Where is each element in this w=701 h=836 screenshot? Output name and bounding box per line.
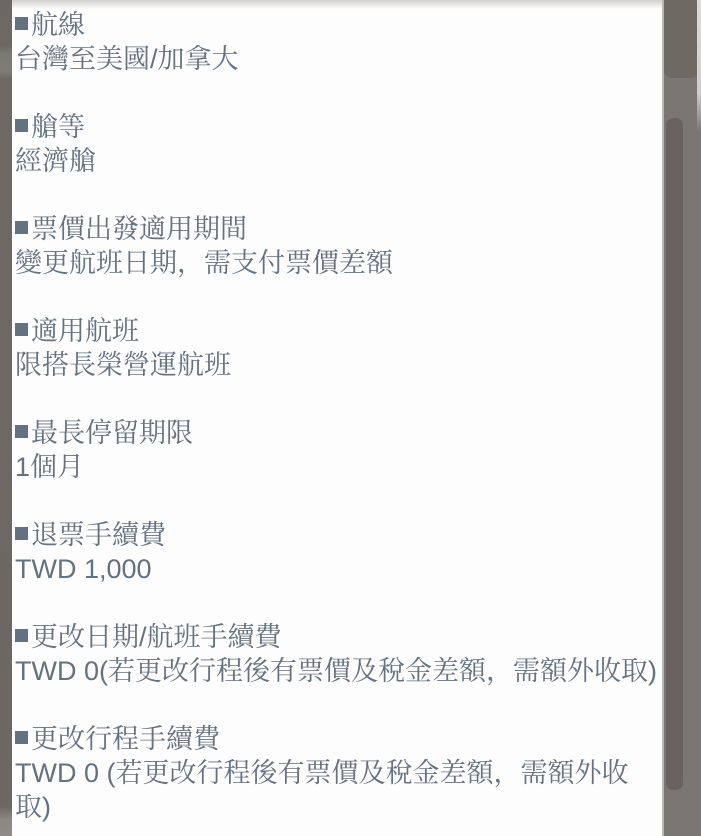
dimmed-background-block-inner [666, 118, 683, 790]
fare-rule-value: 1個月 [15, 450, 662, 484]
fare-rule-heading: 更改日期/航班手續費 [15, 620, 662, 654]
fare-rule-value: 經濟艙 [15, 144, 662, 178]
square-bullet-icon [15, 221, 28, 234]
fare-rule-label: 更改日期/航班手續費 [31, 622, 282, 652]
dimmed-background-scroll-edge [697, 0, 701, 132]
fare-rule-label: 航線 [31, 10, 85, 40]
fare-rule-heading: 更改行程手續費 [15, 722, 662, 756]
fare-rule-heading: 票價出發適用期間 [15, 212, 662, 246]
square-bullet-icon [15, 323, 28, 336]
fare-rule-label: 適用航班 [31, 316, 139, 346]
fare-rule-heading: 航線 [15, 8, 662, 42]
fare-rule-value: 變更航班日期，需支付票價差額 [15, 246, 662, 280]
dimmed-background-left [0, 0, 12, 836]
dimmed-background-block-top [664, 0, 699, 78]
fare-rule-heading: 艙等 [15, 110, 662, 144]
fare-rule-heading: 退票手續費 [15, 518, 662, 552]
fare-rule-value: 限搭長榮營運航班 [15, 348, 662, 382]
fare-rule-section-refund-fee: 退票手續費 TWD 1,000 [15, 518, 662, 586]
fare-rule-label: 最長停留期限 [31, 418, 193, 448]
fare-rule-label: 艙等 [31, 112, 85, 142]
square-bullet-icon [15, 731, 28, 744]
fare-rules-content: 航線 台灣至美國/加拿大 艙等 經濟艙 票價出發適用期間 變更航班日期，需支付票… [12, 0, 662, 836]
fare-rule-section-applicable-flights: 適用航班 限搭長榮營運航班 [15, 314, 662, 382]
fare-rule-section-max-stay: 最長停留期限 1個月 [15, 416, 662, 484]
square-bullet-icon [15, 425, 28, 438]
square-bullet-icon [15, 119, 28, 132]
fare-rule-heading: 最長停留期限 [15, 416, 662, 450]
square-bullet-icon [15, 17, 28, 30]
fare-rule-section-route: 航線 台灣至美國/加拿大 [15, 8, 662, 76]
dimmed-background-right [662, 0, 701, 836]
fare-rule-heading: 適用航班 [15, 314, 662, 348]
fare-rule-value: 台灣至美國/加拿大 [15, 42, 662, 76]
fare-rule-section-fare-period: 票價出發適用期間 變更航班日期，需支付票價差額 [15, 212, 662, 280]
fare-rule-value: TWD 0(若更改行程後有票價及稅金差額，需額外收取) [15, 654, 662, 688]
fare-rule-label: 更改行程手續費 [31, 724, 220, 754]
fare-rule-section-cabin-class: 艙等 經濟艙 [15, 110, 662, 178]
fare-rule-value: TWD 0 (若更改行程後有票價及稅金差額，需額外收取) [15, 756, 662, 824]
fare-rules-screen: 航線 台灣至美國/加拿大 艙等 經濟艙 票價出發適用期間 變更航班日期，需支付票… [0, 0, 701, 836]
square-bullet-icon [15, 629, 28, 642]
fare-rule-value: TWD 1,000 [15, 552, 662, 586]
panel-edge-line [662, 0, 664, 836]
square-bullet-icon [15, 527, 28, 540]
fare-rule-section-change-itinerary-fee: 更改行程手續費 TWD 0 (若更改行程後有票價及稅金差額，需額外收取) [15, 722, 662, 824]
fare-rule-label: 票價出發適用期間 [31, 214, 247, 244]
fare-rule-label: 退票手續費 [31, 520, 166, 550]
fare-rule-section-change-date-fee: 更改日期/航班手續費 TWD 0(若更改行程後有票價及稅金差額，需額外收取) [15, 620, 662, 688]
